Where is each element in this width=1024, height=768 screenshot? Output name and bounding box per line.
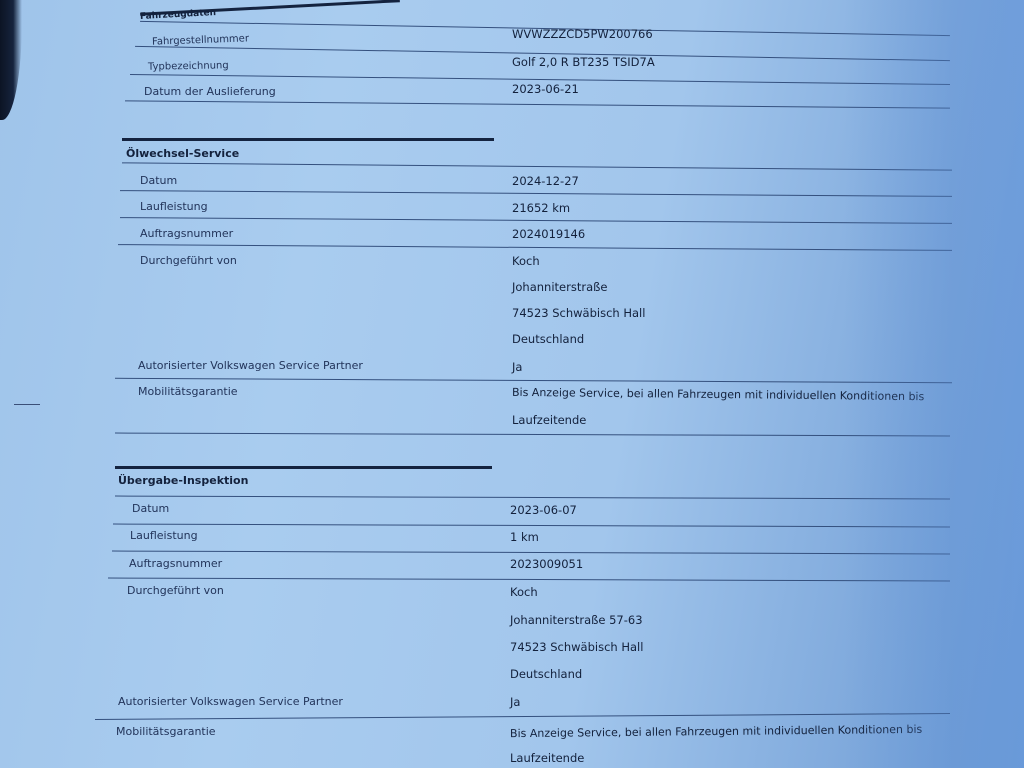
label-handover-date: Datum: [132, 502, 169, 515]
label-oil-date: Datum: [140, 174, 177, 187]
label-handover-mobility-guarantee: Mobilitätsgarantie: [116, 725, 216, 738]
label-oil-authorized-partner: Autorisierter Volkswagen Service Partner: [138, 359, 363, 372]
value-delivery-date: 2023-06-21: [512, 82, 579, 96]
value-vin: WVWZZZCD5PW200766: [512, 27, 653, 41]
row-divider: [122, 162, 952, 170]
value-oil-mileage: 21652 km: [512, 201, 570, 215]
value-handover-performer-name: Koch: [510, 585, 538, 599]
row-divider: [120, 190, 952, 197]
service-document: Fahrzeugdaten Fahrgestellnummer WVWZZZCD…: [0, 0, 1024, 768]
section-title-vehicle: Fahrzeugdaten: [140, 8, 216, 22]
value-oil-date: 2024-12-27: [512, 174, 579, 188]
label-handover-performed-by: Durchgeführt von: [127, 584, 224, 597]
section-title-handover: Übergabe-Inspektion: [118, 474, 248, 487]
label-oil-order: Auftragsnummer: [140, 227, 233, 240]
label-oil-mileage: Laufleistung: [140, 200, 208, 213]
label-handover-order: Auftragsnummer: [129, 557, 222, 570]
value-oil-performer-city: 74523 Schwäbisch Hall: [512, 306, 645, 320]
value-handover-performer-street: Johanniterstraße 57-63: [510, 613, 643, 627]
row-divider: [125, 100, 950, 108]
row-divider: [95, 713, 950, 720]
section-title-oil-service: Ölwechsel-Service: [126, 147, 239, 160]
value-oil-performer-street: Johanniterstraße: [512, 280, 607, 294]
value-oil-mobility-line2: Laufzeitende: [512, 413, 586, 427]
row-divider: [115, 496, 950, 500]
value-handover-performer-city: 74523 Schwäbisch Hall: [510, 640, 643, 654]
label-oil-performed-by: Durchgeführt von: [140, 254, 237, 267]
value-oil-order: 2024019146: [512, 227, 585, 241]
label-type: Typbezeichnung: [148, 60, 229, 72]
row-divider: [120, 217, 952, 224]
section-rule: [115, 466, 492, 469]
section-rule: [122, 138, 494, 141]
row-divider: [112, 551, 950, 555]
value-oil-performer-country: Deutschland: [512, 332, 584, 346]
value-handover-date: 2023-06-07: [510, 503, 577, 517]
row-divider: [115, 378, 952, 383]
label-delivery-date: Datum der Auslieferung: [144, 85, 276, 98]
value-oil-performer-name: Koch: [512, 254, 540, 268]
value-type: Golf 2,0 R BT235 TSID7A: [512, 55, 655, 69]
value-handover-order: 2023009051: [510, 557, 583, 571]
value-oil-authorized-partner: Ja: [512, 360, 522, 374]
value-handover-authorized-partner: Ja: [510, 695, 520, 709]
value-handover-mobility-line1: Bis Anzeige Service, bei allen Fahrzeuge…: [510, 723, 922, 740]
row-divider: [115, 433, 950, 437]
value-oil-mobility-line1: Bis Anzeige Service, bei allen Fahrzeuge…: [512, 386, 924, 403]
label-oil-mobility-guarantee: Mobilitätsgarantie: [138, 385, 238, 398]
row-divider: [118, 244, 952, 251]
value-handover-mileage: 1 km: [510, 530, 539, 544]
row-divider: [108, 578, 950, 582]
label-handover-mileage: Laufleistung: [130, 529, 198, 542]
value-handover-performer-country: Deutschland: [510, 667, 582, 681]
value-handover-mobility-line2: Laufzeitende: [510, 751, 584, 765]
label-handover-authorized-partner: Autorisierter Volkswagen Service Partner: [118, 695, 343, 708]
row-divider: [113, 524, 950, 528]
